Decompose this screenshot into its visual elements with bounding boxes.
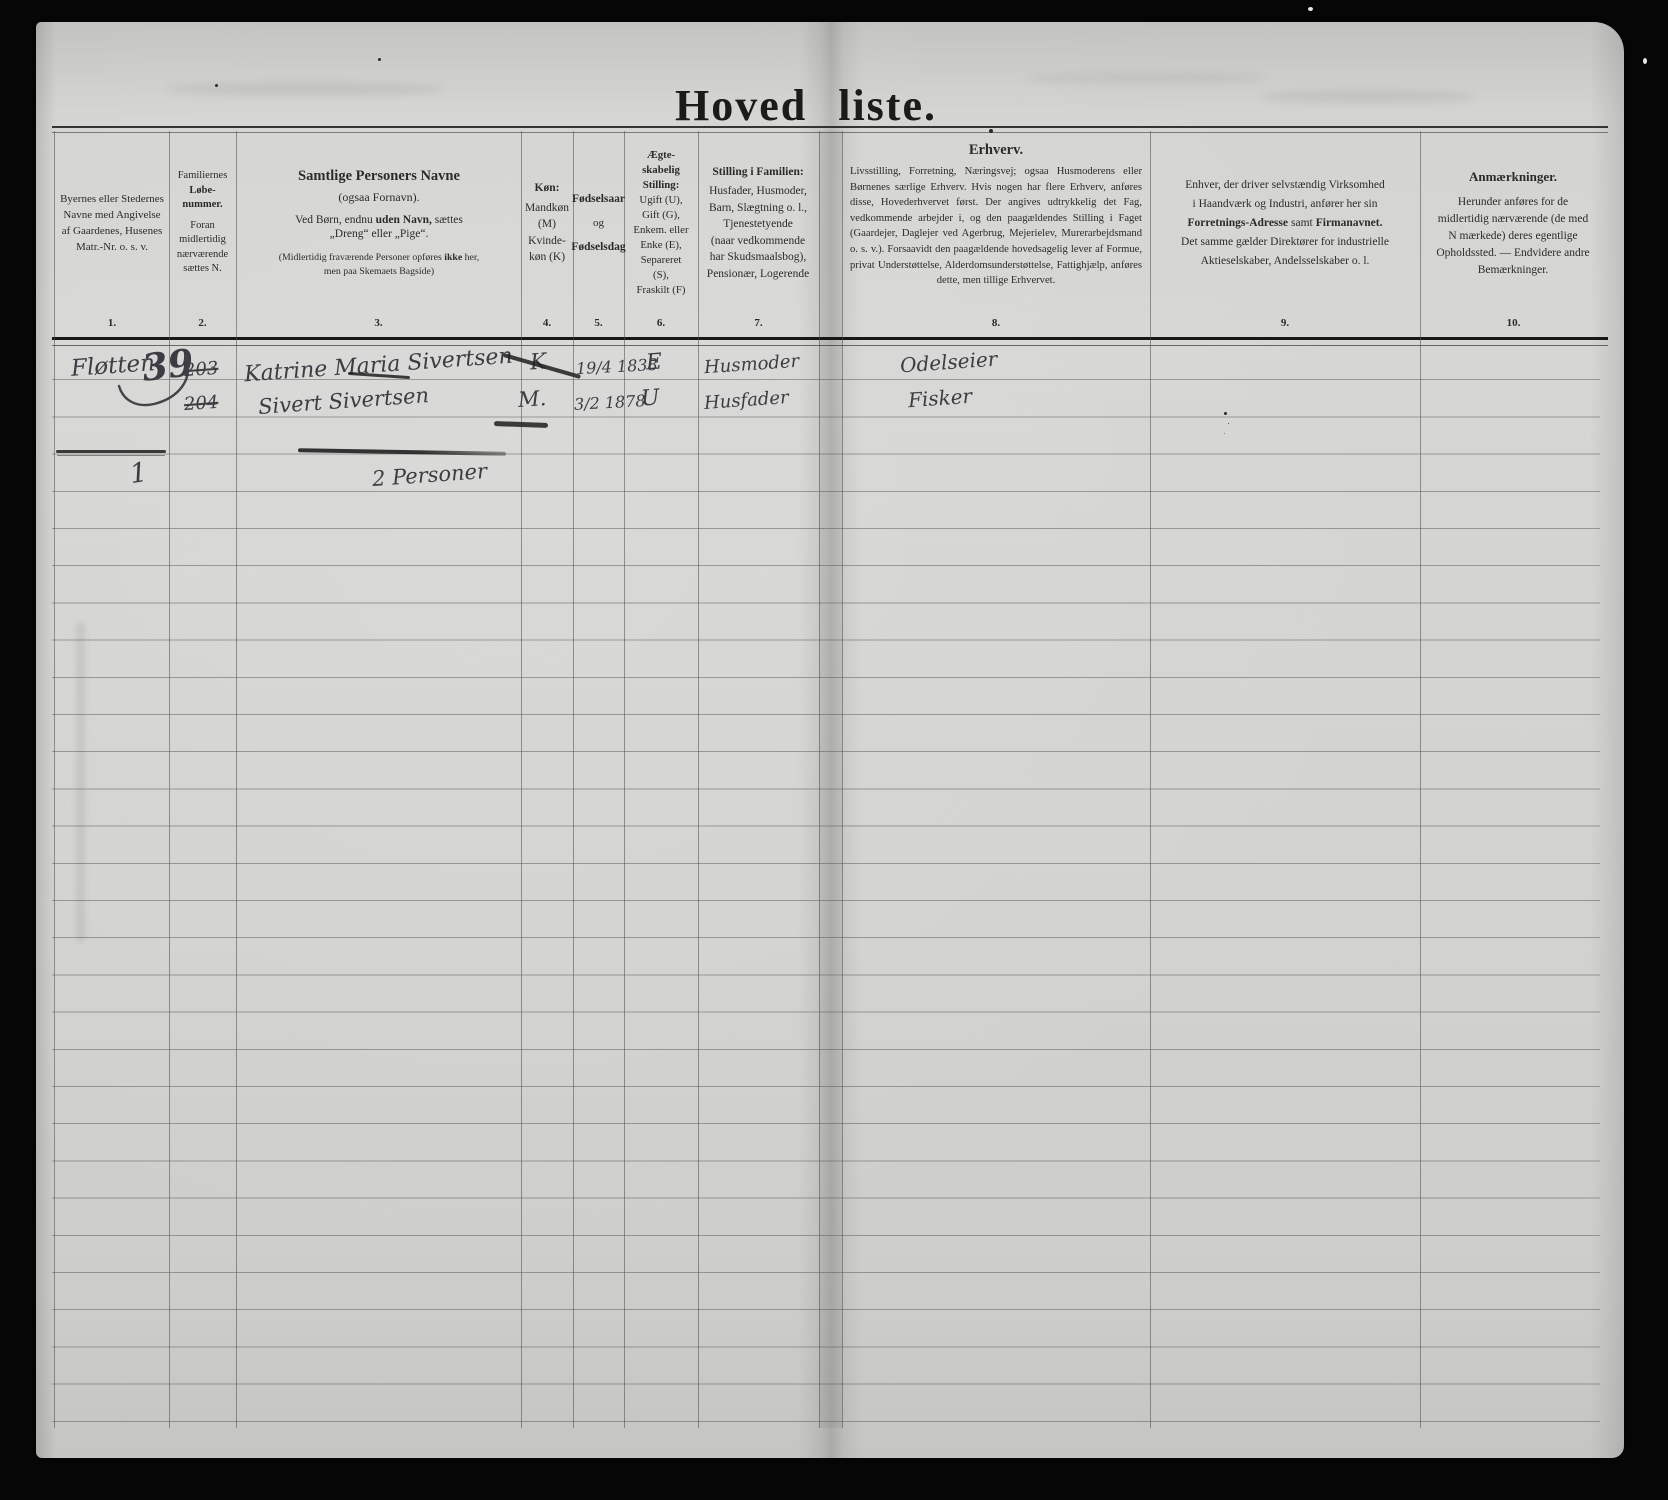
header-line: Barn, Slægtning o. l., [709, 200, 807, 217]
scanned-census-page: { "title": "Hoved liste.", "header": { "… [0, 0, 1668, 1500]
header-text: Ved Børn, endnu [295, 214, 376, 226]
col3-header: Samtlige Personers Navne (ogsaa Fornavn)… [240, 132, 518, 314]
header-line: Byernes eller Stedernes [60, 191, 164, 207]
col10-header: Anmærkninger. Herunder anføres for de mi… [1424, 132, 1602, 314]
header-line: nummer. [182, 198, 222, 213]
scan-speck [1308, 7, 1313, 11]
header-line: Ugift (U), [639, 193, 682, 208]
header-line: midlertidig [179, 233, 226, 248]
header-note: men paa Skemaets Bagside) [324, 265, 434, 279]
header-line: Opholdssted. — Endvidere andre [1436, 245, 1589, 262]
header-title: Ægte- [647, 148, 675, 163]
header-line: (S), [653, 268, 669, 283]
header-line: Det samme gælder Direktører for industri… [1181, 233, 1389, 252]
header-title: Køn: [535, 180, 560, 197]
header-text-bold: Forretnings-Adresse [1187, 217, 1288, 229]
header-line: nærværende [177, 248, 228, 263]
header-text-bold: Firmanavnet. [1316, 217, 1383, 229]
header-paragraph: Livsstilling, Forretning, Næringsvej; og… [850, 164, 1142, 289]
header-line: Foran [190, 219, 215, 234]
header-line: (M) [538, 216, 556, 233]
header-title: skabelig [642, 163, 680, 178]
ink-speck [378, 58, 381, 61]
header-line: Forretnings-AdressesamtFirmanavnet. [1187, 214, 1382, 233]
header-line: Aktieselskaber, Andelsselskaber o. l. [1201, 252, 1370, 271]
header-line: Løbe- [189, 184, 215, 199]
col9-number: 9. [1150, 317, 1420, 333]
header-text: samt [1291, 217, 1313, 229]
col10-number: 10. [1420, 317, 1607, 333]
header-title: Stilling: [643, 178, 680, 193]
col2-header: Familiernes Løbe- nummer. Foran midlerti… [171, 132, 234, 314]
header-text: her, [462, 252, 479, 263]
bleedthrough-smudge [1026, 72, 1266, 84]
header-line: Navne med Angivelse [63, 207, 160, 223]
header-line: (ogsaa Fornavn). [338, 190, 419, 205]
scan-speck [1643, 58, 1647, 64]
header-line: Husfader, Husmoder, [709, 183, 807, 200]
header-title: Fødselsaar [572, 193, 625, 205]
header-line: Herunder anføres for de [1458, 194, 1568, 211]
header-title: Samtlige Personers Navne [298, 168, 460, 185]
header-title: Anmærkninger. [1469, 168, 1557, 185]
bleedthrough-smudge [1261, 90, 1476, 103]
col4-number: 4. [521, 317, 573, 333]
header-text: (Midlertidig fraværende Personer opføres [279, 252, 444, 263]
ink-speck [215, 84, 218, 87]
header-line: i Haandværk og Industri, anfører her sin [1193, 195, 1378, 214]
header-line: Enhver, der driver selvstændig Virksomhe… [1185, 176, 1385, 195]
entry-occupation: Fisker [907, 384, 973, 412]
header-line: Familiernes [178, 169, 228, 184]
header-line: Mandkøn [525, 200, 569, 217]
header-line: Enkem. eller [633, 223, 688, 238]
col1-header: Byernes eller Stedernes Navne med Angive… [57, 132, 167, 314]
header-line: Ved Børn, endnu uden Navn, sættes [295, 214, 463, 226]
col6-header: Ægte- skabelig Stilling: Ugift (U), Gift… [626, 132, 696, 314]
header-line: Bemærkninger. [1478, 262, 1549, 279]
col1-number: 1. [55, 317, 169, 333]
header-text-bold: ikke [444, 252, 462, 263]
entry-marital-status: U [640, 385, 660, 411]
header-line: Kvinde- [528, 233, 566, 250]
header-line: og [593, 217, 604, 229]
header-line: af Gaardenes, Husenes [62, 223, 162, 239]
header-line: „Dreng“ eller „Pige“. [330, 228, 429, 240]
col5-number: 5. [573, 317, 624, 333]
header-line: midlertidig nærværende (de med [1438, 211, 1588, 228]
entry-birth-date: 3/2 1878 [574, 391, 646, 414]
col8-number: 8. [842, 317, 1150, 333]
header-note: (Midlertidig fraværende Personer opføres… [279, 251, 479, 265]
header-title: Fødselsdag [571, 241, 625, 253]
header-line: sættes N. [183, 262, 222, 277]
entry-marital-status: E [645, 349, 663, 375]
header-line: (naar vedkommende [711, 233, 805, 250]
header-title: Erhverv. [969, 142, 1023, 159]
col7-header: Stilling i Familien: Husfader, Husmoder,… [700, 132, 816, 314]
col2-number: 2. [169, 317, 236, 333]
header-text-bold: uden Navn, [376, 214, 432, 226]
col7-number: 7. [698, 317, 819, 333]
entry-struck-number: 204 [183, 392, 219, 415]
header-line: Gift (G), [642, 208, 680, 223]
table-row-lines [52, 343, 1600, 1429]
header-line: Matr.-Nr. o. s. v. [76, 239, 148, 255]
col3-number: 3. [236, 317, 521, 333]
column-divider [819, 131, 820, 1428]
header-line: Pensionær, Logerende [707, 266, 809, 283]
header-line: N mærkede) deres egentlige [1448, 228, 1577, 245]
col9-header: Enhver, der driver selvstændig Virksomhe… [1158, 132, 1412, 314]
entry-sex: M. [517, 386, 547, 412]
col8-header: Erhverv. Livsstilling, Forretning, Nærin… [850, 132, 1142, 314]
header-line: køn (K) [529, 249, 565, 266]
header-line: har Skudsmaalsbog), [710, 249, 806, 266]
ink-sum-line [56, 450, 166, 453]
col6-number: 6. [624, 317, 698, 333]
header-title: Stilling i Familien: [712, 164, 803, 181]
header-line: Separeret [641, 253, 682, 268]
entry-struck-number: 203 [183, 358, 219, 381]
col5-header: Fødselsaar og Fødselsdag [575, 132, 622, 314]
col4-header: Køn: Mandkøn (M) Kvinde- køn (K) [523, 132, 571, 314]
header-text: sættes [432, 214, 463, 226]
header-line: Fraskilt (F) [637, 283, 686, 298]
header-line: Enke (E), [640, 238, 681, 253]
bleedthrough-smudge [166, 82, 446, 96]
header-line: Tjenestetyende [723, 216, 793, 233]
